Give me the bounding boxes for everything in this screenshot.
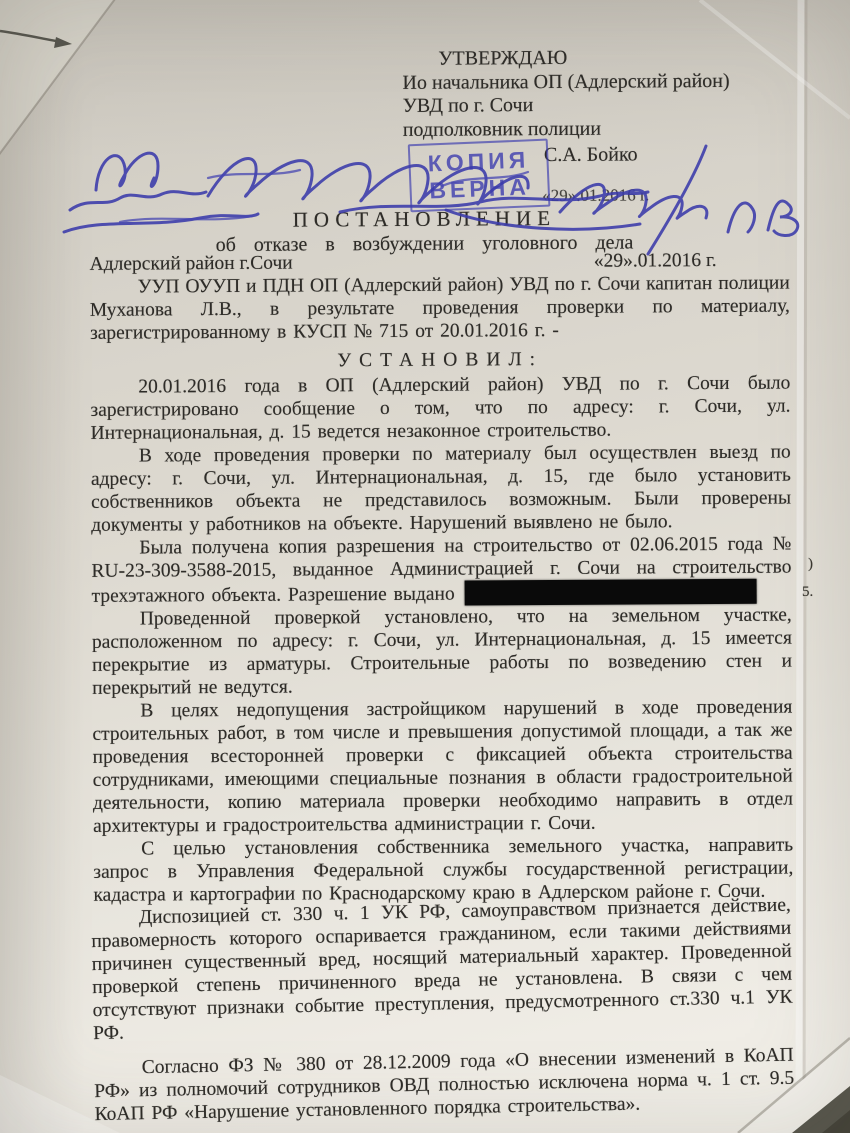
paragraph-disposition: Диспозицией ст. 330 ч. 1 УК РФ, самоупра… [91, 894, 794, 1045]
redaction-bar [465, 579, 757, 606]
copy-verified-stamp: КОПИЯ ВЕРНА [408, 139, 551, 213]
approval-word: УТВЕРЖДАЮ [402, 46, 732, 72]
date-label: «29».01.2016 г. [594, 249, 790, 273]
approval-line: Ио начальника ОП (Адлерский район) [402, 69, 732, 95]
document-body: Адлерский район г.Сочи «29».01.2016 г. У… [90, 249, 795, 1126]
text-line: зарегистрировано сообщение о том, что по… [90, 395, 790, 422]
signatory-name: С.А. Бойко [544, 143, 638, 167]
paragraph-fz380: Согласно ФЗ № 380 от 28.12.2009 года «О … [94, 1044, 795, 1126]
resolved-heading: УСТАНОВИЛ: [90, 347, 790, 374]
text-line: перекрытие из арматуры. Строительные раб… [92, 650, 792, 677]
document-photo: ) 5. УТВЕРЖДАЮ Ио начальника ОП (Адлерск… [0, 0, 850, 1133]
approval-line: подполковник полиции [403, 116, 733, 142]
paragraph-prevention: В целях недопущения застройщиком нарушен… [92, 696, 793, 838]
document-page: УТВЕРЖДАЮ Ио начальника ОП (Адлерский ра… [0, 0, 850, 1133]
bottom-paragraphs: Диспозицией ст. 330 ч. 1 УК РФ, самоупра… [91, 894, 795, 1126]
paragraph-permit: Была получена копия разрешения на строит… [91, 533, 791, 608]
paragraph-registered: 20.01.2016 года в ОП (Адлерский район) У… [90, 372, 790, 445]
text-line: деятельности, копию материала проверки н… [93, 788, 793, 815]
place-label: Адлерский район г.Сочи [90, 252, 293, 276]
text-line: собственников объекта не представилось в… [91, 487, 791, 514]
paragraph-visit: В ходе проведения проверки по материалу … [91, 441, 792, 537]
approval-date: «29».01.2016 г. [542, 185, 649, 206]
approval-block: УТВЕРЖДАЮ Ио начальника ОП (Адлерский ра… [402, 46, 733, 142]
paragraph-intro: УУП ОУУП и ПДН ОП (Адлерский район) УВД … [90, 272, 790, 345]
stamp-word: ВЕРНА [429, 173, 531, 204]
paragraph-inspection: Проведенной проверкой установлено, что н… [92, 604, 793, 700]
text-line: Муханова Л.В., в результате проведения п… [90, 295, 790, 322]
approval-line: УВД по г. Сочи [403, 93, 733, 119]
stamp-word: КОПИЯ [427, 146, 530, 177]
text-line: зарегистрированному в КУСП № 715 от 20.0… [90, 318, 790, 345]
